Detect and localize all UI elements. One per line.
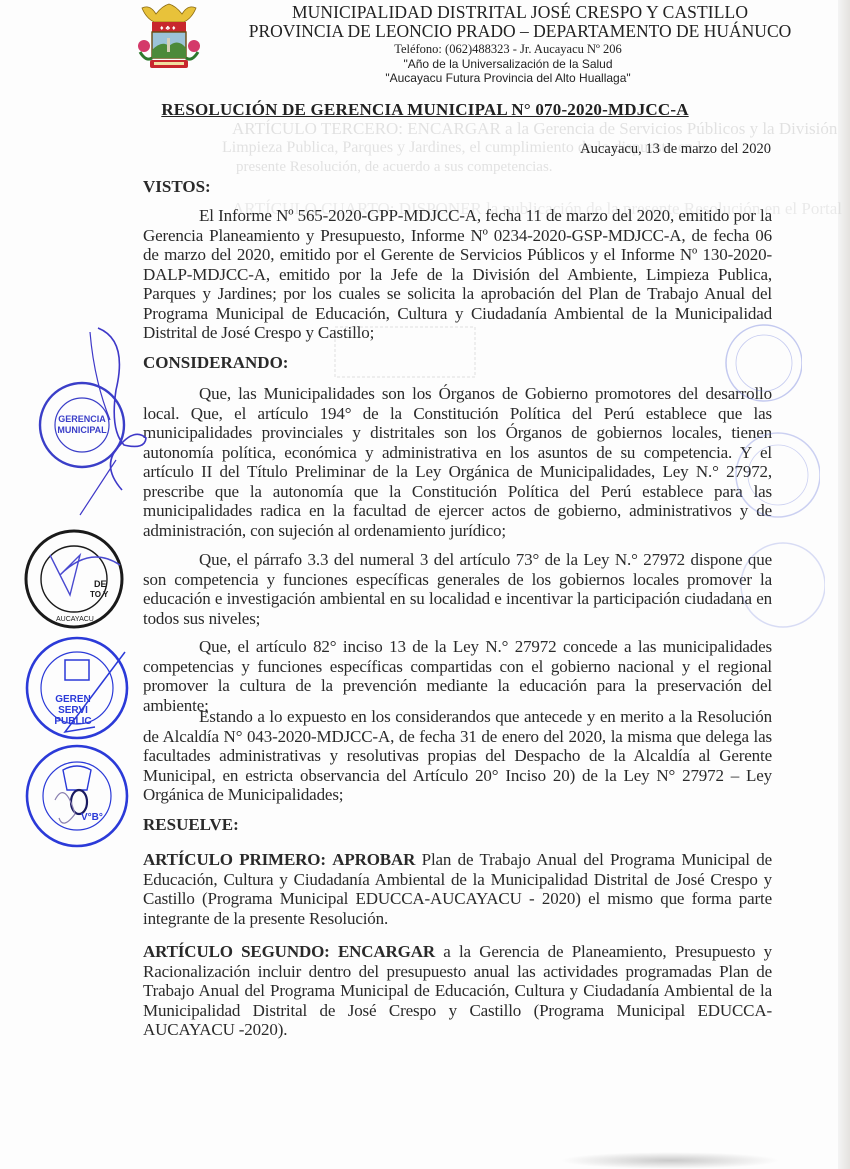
servicios-publicos-stamp-icon: GEREN SERVI PUBLIC [25, 632, 135, 747]
considerando-paragraph: Que, el párrafo 3.3 del numeral 3 del ar… [143, 550, 772, 628]
year-motto: "Año de la Universalización de la Salud [228, 57, 788, 71]
article-primero: ARTÍCULO PRIMERO: APROBAR Plan de Trabaj… [143, 850, 772, 928]
section-heading-resuelve: RESUELVE: [143, 815, 239, 835]
svg-text:♦ ♣ ♦: ♦ ♣ ♦ [160, 25, 176, 32]
article-verb: APROBAR [332, 850, 415, 869]
svg-text:SERVI: SERVI [58, 705, 88, 716]
considerando-paragraph: Que, las Municipalidades son los Órganos… [143, 384, 772, 540]
alcaldia-stamp-icon: DE TO Y AUCAYACU [20, 525, 130, 635]
considerando-text: Que, las Municipalidades son los Órganos… [143, 384, 772, 540]
letterhead: MUNICIPALIDAD DISTRITAL JOSÉ CRESPO Y CA… [240, 3, 800, 85]
gerencia-municipal-stamp-icon: GERENCIA MUNICIPAL [20, 320, 150, 520]
svg-text:MUNICIPAL: MUNICIPAL [57, 425, 107, 435]
scan-edge [838, 0, 850, 1169]
svg-text:AUCAYACU: AUCAYACU [56, 616, 94, 623]
svg-text:TO Y: TO Y [90, 590, 109, 599]
division-ambiente-stamp-icon: V°B° [25, 740, 135, 855]
resolution-title: RESOLUCIÓN DE GERENCIA MUNICIPAL N° 070-… [0, 100, 850, 120]
svg-text:GERENCIA: GERENCIA [58, 414, 106, 424]
contact-info: Teléfono: (062)488323 - Jr. Aucayacu Nº … [228, 42, 788, 57]
svg-text:DE: DE [94, 579, 107, 589]
considerando-text: Estando a lo expuesto en los considerand… [143, 707, 772, 804]
section-heading-vistos: VISTOS: [143, 177, 211, 197]
article-label: ARTÍCULO PRIMERO: [143, 850, 326, 869]
bleed-through-line: presente Resolución, de acuerdo a sus co… [236, 159, 553, 176]
article-label: ARTÍCULO SEGUNDO: [143, 942, 330, 961]
svg-text:PUBLIC: PUBLIC [54, 716, 91, 727]
article-verb: ENCARGAR [338, 942, 435, 961]
considerando-paragraph: Que, el artículo 82° inciso 13 de la Ley… [143, 637, 772, 715]
considerando-text: Que, el artículo 82° inciso 13 de la Ley… [143, 637, 772, 715]
municipality-name: MUNICIPALIDAD DISTRITAL JOSÉ CRESPO Y CA… [240, 3, 800, 22]
resolution-date: Aucayacu, 13 de marzo del 2020 [580, 141, 771, 158]
document-page: ARTÍCULO TERCERO: ENCARGAR a la Gerencia… [0, 0, 850, 1169]
svg-text:GEREN: GEREN [55, 694, 91, 705]
scan-smudge [560, 1152, 780, 1169]
svg-text:V°B°: V°B° [81, 812, 103, 823]
coat-of-arms-icon: ♦ ♣ ♦ [136, 2, 202, 74]
vistos-text: El Informe Nº 565-2020-GPP-MDJCC-A, fech… [143, 206, 772, 342]
vistos-paragraph: El Informe Nº 565-2020-GPP-MDJCC-A, fech… [143, 206, 772, 343]
article-segundo: ARTÍCULO SEGUNDO: ENCARGAR a la Gerencia… [143, 942, 772, 1040]
bleed-through-line: ARTÍCULO TERCERO: ENCARGAR a la Gerencia… [232, 119, 837, 139]
province-department: PROVINCIA DE LEONCIO PRADO – DEPARTAMENT… [240, 22, 800, 41]
considerando-paragraph: Estando a lo expuesto en los considerand… [143, 707, 772, 805]
city-motto: "Aucayacu Futura Provincia del Alto Hual… [228, 71, 788, 85]
considerando-text: Que, el párrafo 3.3 del numeral 3 del ar… [143, 550, 772, 628]
section-heading-considerando: CONSIDERANDO: [143, 353, 288, 373]
